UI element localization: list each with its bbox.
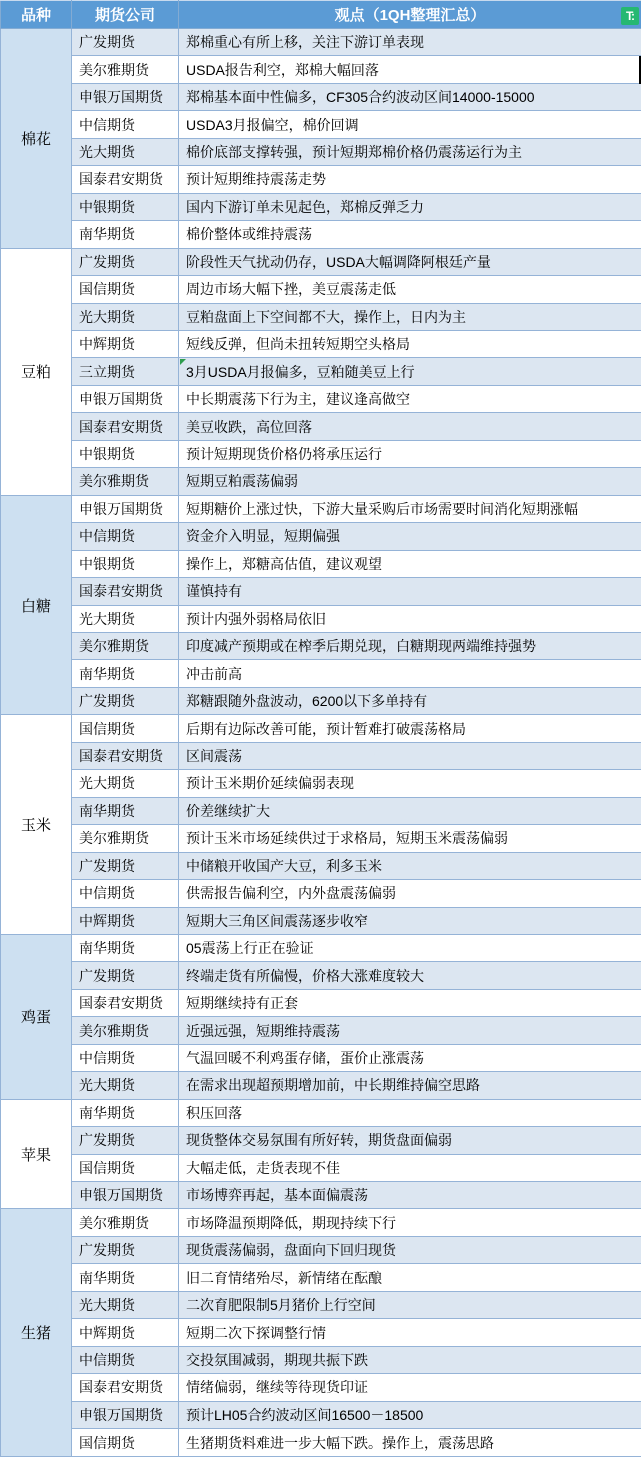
table-row: 光大期货预计内强外弱格局依旧 [1, 605, 641, 632]
header-cell-company[interactable]: 期货公司 [72, 1, 179, 29]
variety-cell[interactable]: 鸡蛋 [1, 934, 72, 1099]
view-cell[interactable]: 郑糖跟随外盘波动，6200以下多单持有 [179, 687, 641, 714]
company-cell[interactable]: 国泰君安期货 [72, 989, 179, 1016]
company-cell[interactable]: 申银万国期货 [72, 385, 179, 412]
table-row: 光大期货在需求出现超预期增加前，中长期维持偏空思路 [1, 1072, 641, 1099]
table-row: 苹果南华期货积压回落 [1, 1099, 641, 1126]
view-cell[interactable]: 预计LH05合约波动区间16500－18500 [179, 1401, 641, 1428]
company-cell[interactable]: 广发期货 [72, 852, 179, 879]
table-row: 申银万国期货市场博弈再起，基本面偏震荡 [1, 1182, 641, 1209]
view-cell[interactable]: 预计玉米期价延续偏弱表现 [179, 770, 641, 797]
company-cell[interactable]: 南华期货 [72, 1264, 179, 1291]
view-cell[interactable]: 中长期震荡下行为主，建议逢高做空 [179, 385, 641, 412]
company-cell[interactable]: 中辉期货 [72, 1319, 179, 1346]
view-cell[interactable]: 现货整体交易氛围有所好转，期货盘面偏弱 [179, 1127, 641, 1154]
view-cell[interactable]: 终端走货有所偏慢，价格大涨难度较大 [179, 962, 641, 989]
table-row: 申银万国期货预计LH05合约波动区间16500－18500 [1, 1401, 641, 1428]
table-row: 南华期货冲击前高 [1, 660, 641, 687]
company-cell[interactable]: 中信期货 [72, 1346, 179, 1373]
company-cell[interactable]: 光大期货 [72, 138, 179, 165]
view-cell[interactable]: 周边市场大幅下挫，美豆震荡走低 [179, 276, 641, 303]
company-cell[interactable]: 光大期货 [72, 605, 179, 632]
view-cell[interactable]: 在需求出现超预期增加前，中长期维持偏空思路 [179, 1072, 641, 1099]
company-cell[interactable]: 中银期货 [72, 440, 179, 467]
cell-error-marker-icon [180, 359, 186, 365]
view-cell[interactable]: 操作上，郑糖高估值，建议观望 [179, 550, 641, 577]
company-cell[interactable]: 三立期货 [72, 358, 179, 385]
header-cell-view[interactable]: 观点（1QH整理汇总） [179, 1, 641, 29]
view-cell[interactable]: 二次育肥限制5月猪价上行空间 [179, 1291, 641, 1318]
view-cell[interactable]: 市场降温预期降低，期现持续下行 [179, 1209, 641, 1236]
table-row: 南华期货棉价整体或维持震荡 [1, 221, 641, 248]
view-cell[interactable]: 近强远强，短期维持震荡 [179, 1017, 641, 1044]
table-row: 棉花广发期货郑棉重心有所上移，关注下游订单表现 [1, 29, 641, 56]
view-cell[interactable]: 预计玉米市场延续供过于求格局，短期玉米震荡偏弱 [179, 825, 641, 852]
variety-cell[interactable]: 苹果 [1, 1099, 72, 1209]
company-cell[interactable]: 中银期货 [72, 550, 179, 577]
view-cell[interactable]: 后期有边际改善可能，预计暂难打破震荡格局 [179, 715, 641, 742]
table-row: 中银期货操作上，郑糖高估值，建议观望 [1, 550, 641, 577]
company-cell[interactable]: 申银万国期货 [72, 83, 179, 110]
table-row: 美尔雅期货近强远强，短期维持震荡 [1, 1017, 641, 1044]
view-cell[interactable]: 短期糖价上涨过快，下游大量采购后市场需要时间消化短期涨幅 [179, 495, 641, 522]
view-cell[interactable]: 生猪期货料难进一步大幅下跌。操作上，震荡思路 [179, 1429, 641, 1457]
view-cell[interactable]: 市场博弈再起，基本面偏震荡 [179, 1182, 641, 1209]
table-row: 美尔雅期货印度减产预期或在榨季后期兑现，白糖期现两端维持强势 [1, 632, 641, 659]
table-row: 中辉期货短期二次下探调整行情 [1, 1319, 641, 1346]
view-cell[interactable]: 供需报告偏利空，内外盘震荡偏弱 [179, 880, 641, 907]
table-row: 中辉期货短期大三角区间震荡逐步收窄 [1, 907, 641, 934]
company-cell[interactable]: 申银万国期货 [72, 1182, 179, 1209]
company-cell[interactable]: 国泰君安期货 [72, 742, 179, 769]
table-row: 中信期货交投氛围减弱，期现共振下跌 [1, 1346, 641, 1373]
table-row: 中银期货预计短期现货价格仍将承压运行 [1, 440, 641, 467]
table-row: 光大期货二次育肥限制5月猪价上行空间 [1, 1291, 641, 1318]
view-cell[interactable]: 短期豆粕震荡偏弱 [179, 468, 641, 495]
table-row: 广发期货郑糖跟随外盘波动，6200以下多单持有 [1, 687, 641, 714]
variety-cell[interactable]: 豆粕 [1, 248, 72, 495]
view-cell[interactable]: 资金介入明显，短期偏强 [179, 523, 641, 550]
view-cell[interactable]: 短期二次下探调整行情 [179, 1319, 641, 1346]
table-row: 美尔雅期货预计玉米市场延续供过于求格局，短期玉米震荡偏弱 [1, 825, 641, 852]
company-cell[interactable]: 南华期货 [72, 221, 179, 248]
view-cell[interactable]: 大幅走低，走货表现不佳 [179, 1154, 641, 1181]
table-row: 中信期货资金介入明显，短期偏强 [1, 523, 641, 550]
variety-cell[interactable]: 生猪 [1, 1209, 72, 1457]
view-cell[interactable]: 国内下游订单未见起色，郑棉反弹乏力 [179, 193, 641, 220]
view-cell[interactable]: 短线反弹，但尚未扭转短期空头格局 [179, 330, 641, 357]
view-cell[interactable]: 价差继续扩大 [179, 797, 641, 824]
table-row: 国泰君安期货短期继续持有正套 [1, 989, 641, 1016]
company-cell[interactable]: 中银期货 [72, 193, 179, 220]
view-cell[interactable]: 棉价底部支撑转强，预计短期郑棉价格仍震荡运行为主 [179, 138, 641, 165]
company-cell[interactable]: 国信期货 [72, 1429, 179, 1457]
company-cell[interactable]: 美尔雅期货 [72, 1209, 179, 1236]
company-cell[interactable]: 国泰君安期货 [72, 413, 179, 440]
table-row: 中辉期货短线反弹，但尚未扭转短期空头格局 [1, 330, 641, 357]
company-cell[interactable]: 美尔雅期货 [72, 468, 179, 495]
company-cell[interactable]: 国信期货 [72, 1154, 179, 1181]
table-row: 生猪美尔雅期货市场降温预期降低，期现持续下行 [1, 1209, 641, 1236]
view-cell[interactable]: 积压回落 [179, 1099, 641, 1126]
view-cell[interactable]: 豆粕盘面上下空间都不大，操作上，日内为主 [179, 303, 641, 330]
company-cell[interactable]: 申银万国期货 [72, 495, 179, 522]
table-row: 国泰君安期货谨慎持有 [1, 578, 641, 605]
table-row: 玉米国信期货后期有边际改善可能，预计暂难打破震荡格局 [1, 715, 641, 742]
view-cell[interactable]: 3月USDA月报偏多，豆粕随美豆上行 [179, 358, 641, 385]
company-cell[interactable]: 光大期货 [72, 770, 179, 797]
table-row: 南华期货价差继续扩大 [1, 797, 641, 824]
table-row: 国信期货生猪期货料难进一步大幅下跌。操作上，震荡思路 [1, 1429, 641, 1457]
company-cell[interactable]: 广发期货 [72, 248, 179, 275]
company-cell[interactable]: 美尔雅期货 [72, 1017, 179, 1044]
company-cell[interactable]: 广发期货 [72, 687, 179, 714]
company-cell[interactable]: 光大期货 [72, 303, 179, 330]
table-row: 中信期货USDA3月报偏空，棉价回调 [1, 111, 641, 138]
table-row: 白糖申银万国期货短期糖价上涨过快，下游大量采购后市场需要时间消化短期涨幅 [1, 495, 641, 522]
table-row: 美尔雅期货USDA报告利空，郑棉大幅回落 [1, 56, 641, 83]
table-row: 中信期货气温回暖不利鸡蛋存储，蛋价止涨震荡 [1, 1044, 641, 1071]
company-cell[interactable]: 光大期货 [72, 1072, 179, 1099]
table-row: 光大期货豆粕盘面上下空间都不大，操作上，日内为主 [1, 303, 641, 330]
view-cell[interactable]: 预计内强外弱格局依旧 [179, 605, 641, 632]
company-cell[interactable]: 国信期货 [72, 715, 179, 742]
table-row: 国泰君安期货预计短期维持震荡走势 [1, 166, 641, 193]
view-cell[interactable]: 交投氛围减弱，期现共振下跌 [179, 1346, 641, 1373]
table-row: 光大期货棉价底部支撑转强，预计短期郑棉价格仍震荡运行为主 [1, 138, 641, 165]
company-cell[interactable]: 中信期货 [72, 880, 179, 907]
company-cell[interactable]: 广发期货 [72, 1236, 179, 1263]
table-row: 豆粕广发期货阶段性天气扰动仍存，USDA大幅调降阿根廷产量 [1, 248, 641, 275]
header-cell-variety[interactable]: 品种 [1, 1, 72, 29]
company-cell[interactable]: 中信期货 [72, 1044, 179, 1071]
watermark-logo-badge: T: [621, 7, 639, 25]
company-cell[interactable]: 广发期货 [72, 962, 179, 989]
company-cell[interactable]: 美尔雅期货 [72, 632, 179, 659]
view-cell[interactable]: USDA报告利空，郑棉大幅回落 [179, 56, 641, 83]
company-cell[interactable]: 美尔雅期货 [72, 825, 179, 852]
company-cell[interactable]: 中信期货 [72, 523, 179, 550]
view-cell[interactable]: USDA3月报偏空，棉价回调 [179, 111, 641, 138]
table-row: 国泰君安期货美豆收跌，高位回落 [1, 413, 641, 440]
table-row: 广发期货中储粮开收国产大豆，利多玉米 [1, 852, 641, 879]
table-row: 国泰君安期货区间震荡 [1, 742, 641, 769]
company-cell[interactable]: 国信期货 [72, 276, 179, 303]
company-cell[interactable]: 中辉期货 [72, 330, 179, 357]
company-cell[interactable]: 南华期货 [72, 660, 179, 687]
view-cell[interactable]: 05震荡上行正在验证 [179, 934, 641, 961]
view-cell[interactable]: 短期继续持有正套 [179, 989, 641, 1016]
company-cell[interactable]: 申银万国期货 [72, 1401, 179, 1428]
view-cell[interactable]: 预计短期现货价格仍将承压运行 [179, 440, 641, 467]
view-cell[interactable]: 印度减产预期或在榨季后期兑现，白糖期现两端维持强势 [179, 632, 641, 659]
view-cell[interactable]: 冲击前高 [179, 660, 641, 687]
table-row: 光大期货预计玉米期价延续偏弱表现 [1, 770, 641, 797]
view-cell[interactable]: 郑棉重心有所上移，关注下游订单表现 [179, 29, 641, 56]
view-cell[interactable]: 美豆收跌，高位回落 [179, 413, 641, 440]
company-cell[interactable]: 国泰君安期货 [72, 166, 179, 193]
view-cell[interactable]: 情绪偏弱，继续等待现货印证 [179, 1374, 641, 1401]
company-cell[interactable]: 美尔雅期货 [72, 56, 179, 83]
company-cell[interactable]: 国泰君安期货 [72, 1374, 179, 1401]
view-cell[interactable]: 区间震荡 [179, 742, 641, 769]
company-cell[interactable]: 广发期货 [72, 1127, 179, 1154]
view-cell[interactable]: 短期大三角区间震荡逐步收窄 [179, 907, 641, 934]
table-row: 三立期货3月USDA月报偏多，豆粕随美豆上行 [1, 358, 641, 385]
view-cell[interactable]: 旧二育情绪殆尽，新情绪在酝酿 [179, 1264, 641, 1291]
table-row: 申银万国期货郑棉基本面中性偏多，CF305合约波动区间14000-15000 [1, 83, 641, 110]
futures-views-table: 品种 期货公司 观点（1QH整理汇总） 棉花广发期货郑棉重心有所上移，关注下游订… [0, 0, 641, 1457]
table-row: 南华期货旧二育情绪殆尽，新情绪在酝酿 [1, 1264, 641, 1291]
variety-cell[interactable]: 白糖 [1, 495, 72, 715]
company-cell[interactable]: 广发期货 [72, 29, 179, 56]
view-cell[interactable]: 郑棉基本面中性偏多，CF305合约波动区间14000-15000 [179, 83, 641, 110]
company-cell[interactable]: 南华期货 [72, 934, 179, 961]
company-cell[interactable]: 中信期货 [72, 111, 179, 138]
table-row: 国信期货周边市场大幅下挫，美豆震荡走低 [1, 276, 641, 303]
view-cell[interactable]: 棉价整体或维持震荡 [179, 221, 641, 248]
table-row: 国泰君安期货情绪偏弱，继续等待现货印证 [1, 1374, 641, 1401]
view-cell[interactable]: 中储粮开收国产大豆，利多玉米 [179, 852, 641, 879]
view-cell[interactable]: 气温回暖不利鸡蛋存储，蛋价止涨震荡 [179, 1044, 641, 1071]
company-cell[interactable]: 光大期货 [72, 1291, 179, 1318]
view-cell[interactable]: 阶段性天气扰动仍存，USDA大幅调降阿根廷产量 [179, 248, 641, 275]
table-row: 中信期货供需报告偏利空，内外盘震荡偏弱 [1, 880, 641, 907]
table-row: 中银期货国内下游订单未见起色，郑棉反弹乏力 [1, 193, 641, 220]
view-cell[interactable]: 预计短期维持震荡走势 [179, 166, 641, 193]
variety-cell[interactable]: 玉米 [1, 715, 72, 935]
spreadsheet-screenshot: 品种 期货公司 观点（1QH整理汇总） 棉花广发期货郑棉重心有所上移，关注下游订… [0, 0, 641, 1457]
company-cell[interactable]: 南华期货 [72, 1099, 179, 1126]
table-row: 鸡蛋南华期货05震荡上行正在验证 [1, 934, 641, 961]
table-header-row: 品种 期货公司 观点（1QH整理汇总） [1, 1, 641, 29]
company-cell[interactable]: 南华期货 [72, 797, 179, 824]
table-row: 广发期货现货震荡偏弱，盘面向下回归现货 [1, 1236, 641, 1263]
table-row: 国信期货大幅走低，走货表现不佳 [1, 1154, 641, 1181]
table-row: 广发期货终端走货有所偏慢，价格大涨难度较大 [1, 962, 641, 989]
table-row: 广发期货现货整体交易氛围有所好转，期货盘面偏弱 [1, 1127, 641, 1154]
view-cell[interactable]: 谨慎持有 [179, 578, 641, 605]
view-cell[interactable]: 现货震荡偏弱，盘面向下回归现货 [179, 1236, 641, 1263]
table-row: 美尔雅期货短期豆粕震荡偏弱 [1, 468, 641, 495]
company-cell[interactable]: 国泰君安期货 [72, 578, 179, 605]
variety-cell[interactable]: 棉花 [1, 29, 72, 249]
table-row: 申银万国期货中长期震荡下行为主，建议逢高做空 [1, 385, 641, 412]
company-cell[interactable]: 中辉期货 [72, 907, 179, 934]
